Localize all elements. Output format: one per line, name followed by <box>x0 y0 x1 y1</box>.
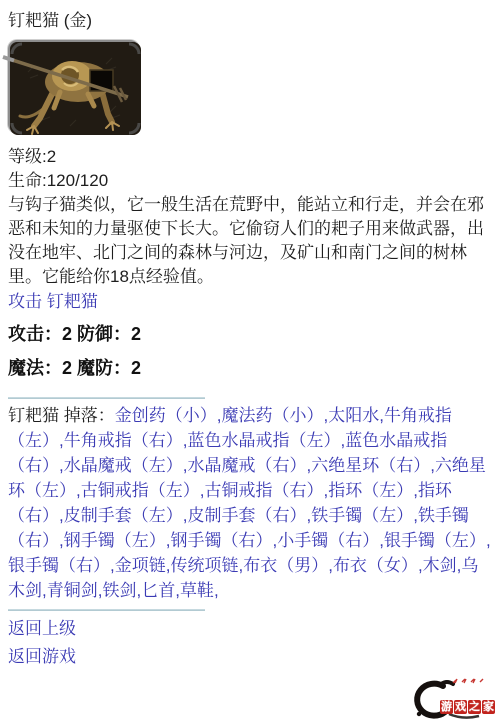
logo-seal-char: 戏 <box>454 700 467 714</box>
logo-seal-char: 家 <box>482 700 495 714</box>
stats-attack-defense: 攻击：2 防御：2 <box>8 317 492 351</box>
drop-list: 金创药（小）,魔法药（小）,太阳水,牛角戒指（左）,牛角戒指（右）,蓝色水晶戒指… <box>8 406 491 600</box>
drop-item-link[interactable]: 古铜戒指（右） <box>204 481 323 500</box>
drop-item-link[interactable]: 木剑 <box>423 556 457 575</box>
drops-label: 钉耙猫 掉落： <box>8 406 115 425</box>
drop-item-link[interactable]: 蓝色水晶戒指（左） <box>187 431 340 450</box>
drop-item-link[interactable]: 银手镯（左） <box>384 531 486 550</box>
monster-image <box>8 40 139 133</box>
attack-line: 攻击 钉耙猫 <box>8 289 492 314</box>
nav-links: 返回上级 返回游戏 <box>8 615 492 671</box>
drop-item-link[interactable]: 钢手镯（右） <box>170 531 272 550</box>
drop-item-link[interactable]: 古铜戒指（左） <box>81 481 200 500</box>
page-title: 钉耙猫 (金) <box>8 10 492 32</box>
drops-section: 钉耙猫 掉落：金创药（小）,魔法药（小）,太阳水,牛角戒指（左）,牛角戒指（右）… <box>8 403 492 603</box>
attack-link[interactable]: 攻击 <box>8 292 42 311</box>
divider-top <box>8 397 205 399</box>
drop-item-link[interactable]: 钢手镯（左） <box>64 531 166 550</box>
drop-item-link[interactable]: 水晶魔戒（右） <box>187 456 306 475</box>
drop-item-link[interactable]: 魔法药（小） <box>221 406 323 425</box>
monster-detail-page: 钉耙猫 (金) <box>0 0 500 727</box>
drop-item-link[interactable]: 布衣（男） <box>243 556 328 575</box>
drop-item-link[interactable]: 传统项链 <box>170 556 238 575</box>
drop-item-link[interactable]: 铁手镯（左） <box>311 506 413 525</box>
back-parent-link[interactable]: 返回上级 <box>8 615 76 643</box>
drop-item-link[interactable]: 水晶魔戒（左） <box>64 456 183 475</box>
drop-item-link[interactable]: 铁剑 <box>102 581 136 600</box>
logo-seal-char: 游 <box>440 700 453 714</box>
drop-item-link[interactable]: 青铜剑 <box>47 581 98 600</box>
logo-seal-char: 之 <box>468 700 481 714</box>
back-game-link[interactable]: 返回游戏 <box>8 643 76 671</box>
monster-name-link[interactable]: 钉耙猫 <box>47 292 98 311</box>
drop-item-link[interactable]: 草鞋 <box>180 581 214 600</box>
drop-item-link[interactable]: 金项链 <box>115 556 166 575</box>
drop-item-link[interactable]: 金创药（小） <box>115 406 217 425</box>
drop-item-link[interactable]: 布衣（女） <box>333 556 418 575</box>
drop-item-link[interactable]: 小手镯（右） <box>277 531 379 550</box>
drop-item-link[interactable]: 银手镯（右） <box>8 556 110 575</box>
drop-item-link[interactable]: 皮制手套（左） <box>64 506 183 525</box>
drop-item-link[interactable]: 匕首 <box>141 581 175 600</box>
site-logo: 游戏之家 <box>405 674 497 726</box>
drop-item-link[interactable]: 皮制手套（右） <box>187 506 306 525</box>
drop-item-link[interactable]: 指环（左） <box>328 481 413 500</box>
stats-magic-resist: 魔法：2 魔防：2 <box>8 351 492 385</box>
drop-item-link[interactable]: 牛角戒指（右） <box>64 431 183 450</box>
creature-art-icon <box>2 38 149 139</box>
logo-seals: 游戏之家 <box>440 700 495 714</box>
stats-block: 攻击：2 防御：2 魔法：2 魔防：2 <box>8 317 492 385</box>
divider-bottom <box>8 609 205 611</box>
level-text: 等级:2 <box>8 145 492 169</box>
monster-info: 等级:2 生命:120/120 与钩子猫类似，它一般生活在荒野中，能站立和行走，… <box>8 145 492 314</box>
drop-item-link[interactable]: 六绝星环（右） <box>311 456 430 475</box>
hp-text: 生命:120/120 <box>8 169 492 193</box>
description-text: 与钩子猫类似，它一般生活在荒野中，能站立和行走，并会在邪恶和未知的力量驱使下长大… <box>8 193 492 289</box>
drop-item-link[interactable]: 太阳水 <box>328 406 379 425</box>
